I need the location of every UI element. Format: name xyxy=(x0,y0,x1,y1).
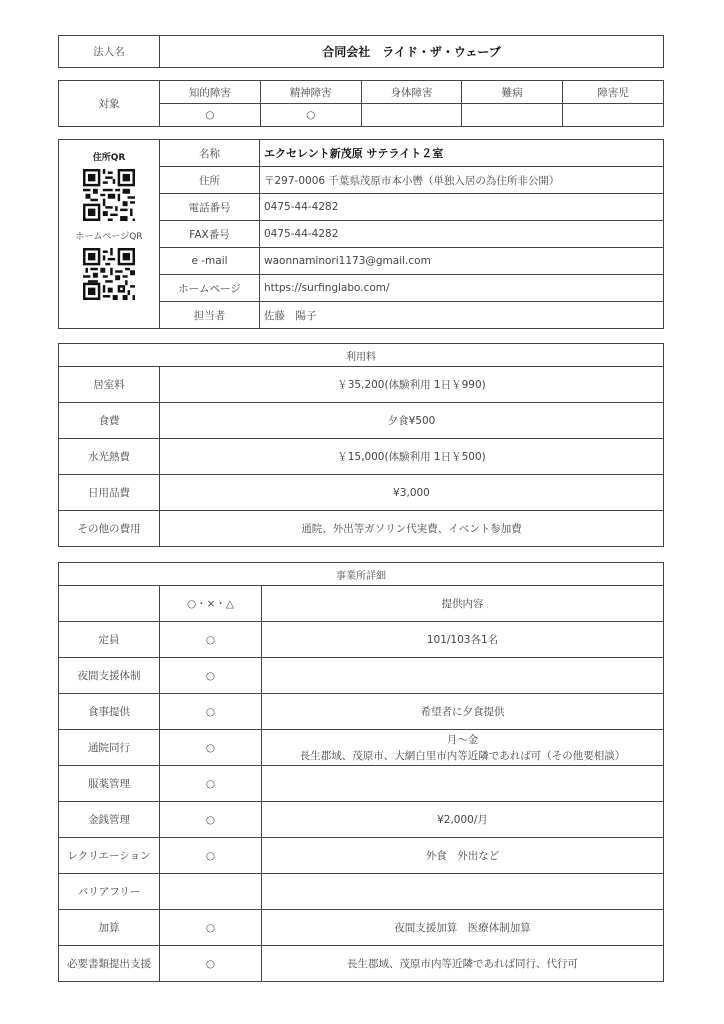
target-label: 対象 xyxy=(59,81,160,127)
detail-mark: ○ xyxy=(160,946,262,982)
fee-daily-goods-label: 日用品費 xyxy=(59,475,160,511)
facility-fax-label: FAX番号 xyxy=(160,221,260,248)
detail-content: 夜間支援加算 医療体制加算 xyxy=(262,910,664,946)
facility-contact-person-value: 佐藤 陽子 xyxy=(260,302,664,329)
fee-daily-goods-value: ¥3,000 xyxy=(160,475,664,511)
detail-mark xyxy=(160,874,262,910)
details-title: 事業所詳細 xyxy=(59,563,664,586)
facility-address-label: 住所 xyxy=(160,167,260,194)
detail-content xyxy=(262,658,664,694)
details-header-content: 提供内容 xyxy=(262,586,664,622)
detail-label: 通院同行 xyxy=(59,730,160,766)
detail-content xyxy=(262,874,664,910)
details-header-mark: ○・×・△ xyxy=(160,586,262,622)
detail-mark: ○ xyxy=(160,910,262,946)
detail-label: 服薬管理 xyxy=(59,766,160,802)
qr-homepage-label: ホームページQR xyxy=(59,229,159,242)
detail-content: ¥2,000/月 xyxy=(262,802,664,838)
detail-label: 定員 xyxy=(59,622,160,658)
fees-title: 利用料 xyxy=(59,344,664,367)
facility-name-label: 名称 xyxy=(160,140,260,167)
detail-mark: ○ xyxy=(160,730,262,766)
detail-content-line-1: 月～金 xyxy=(262,732,663,748)
detail-content: 外食 外出など xyxy=(262,838,664,874)
facility-homepage-value[interactable]: https://surfinglabo.com/ xyxy=(260,275,664,302)
target-mark-physical xyxy=(361,104,462,127)
detail-mark: ○ xyxy=(160,802,262,838)
corporation-name: 合同会社 ライド・ザ・ウェーブ xyxy=(160,36,664,68)
fee-room-value: ￥35,200(体験利用 1日￥990) xyxy=(160,367,664,403)
target-mark-mental: ○ xyxy=(260,104,361,127)
fee-other-label: その他の費用 xyxy=(59,511,160,547)
detail-content: 長生郡域、茂原市内等近隣であれば同行、代行可 xyxy=(262,946,664,982)
homepage-qr-icon xyxy=(83,248,135,300)
address-qr-icon xyxy=(83,169,135,221)
detail-label: 食事提供 xyxy=(59,694,160,730)
qr-codes-cell: 住所QR ホームページQR xyxy=(59,140,160,329)
table-row: 金銭管理 ○ ¥2,000/月 xyxy=(59,802,664,838)
detail-content: 希望者に夕食提供 xyxy=(262,694,664,730)
table-row: 食事提供 ○ 希望者に夕食提供 xyxy=(59,694,664,730)
target-table: 対象 知的障害 精神障害 身体障害 難病 障害児 ○ ○ xyxy=(58,80,664,127)
detail-label: 金銭管理 xyxy=(59,802,160,838)
facility-table: 住所QR ホームページQR xyxy=(58,139,664,329)
corporation-label: 法人名 xyxy=(59,36,160,68)
detail-content-line-2: 長生郡域、茂原市、大網白里市内等近隣であれば可（その他要相談） xyxy=(262,748,663,764)
facility-phone-value: 0475-44-4282 xyxy=(260,194,664,221)
detail-mark: ○ xyxy=(160,838,262,874)
target-category-intractable: 難病 xyxy=(462,81,563,104)
target-mark-child xyxy=(563,104,664,127)
details-table: 事業所詳細 ○・×・△ 提供内容 定員 ○ 101/103各1名 夜間支援体制 … xyxy=(58,562,664,982)
detail-label: 加算 xyxy=(59,910,160,946)
facility-address-value: 〒297-0006 千葉県茂原市本小轡（単独入居の為住所非公開） xyxy=(260,167,664,194)
fee-food-value: 夕食¥500 xyxy=(160,403,664,439)
detail-mark: ○ xyxy=(160,658,262,694)
detail-label: バリアフリー xyxy=(59,874,160,910)
detail-mark: ○ xyxy=(160,622,262,658)
detail-label: レクリエーション xyxy=(59,838,160,874)
corporation-table: 法人名 合同会社 ライド・ザ・ウェーブ xyxy=(58,35,664,68)
table-row: バリアフリー xyxy=(59,874,664,910)
detail-label: 夜間支援体制 xyxy=(59,658,160,694)
fee-food-label: 食費 xyxy=(59,403,160,439)
fee-other-value: 通院、外出等ガソリン代実費、イベント参加費 xyxy=(160,511,664,547)
target-category-physical: 身体障害 xyxy=(361,81,462,104)
table-row: 通院同行 ○ 月～金 長生郡域、茂原市、大網白里市内等近隣であれば可（その他要相… xyxy=(59,730,664,766)
fee-utilities-value: ￥15,000(体験利用 1日￥500) xyxy=(160,439,664,475)
detail-mark: ○ xyxy=(160,694,262,730)
facility-name-value: エクセレント新茂原 サテライト２室 xyxy=(260,140,664,167)
detail-mark: ○ xyxy=(160,766,262,802)
detail-content: 101/103各1名 xyxy=(262,622,664,658)
detail-label: 必要書類提出支援 xyxy=(59,946,160,982)
qr-address-label: 住所QR xyxy=(59,150,159,163)
table-row: 定員 ○ 101/103各1名 xyxy=(59,622,664,658)
fee-room-label: 居室料 xyxy=(59,367,160,403)
fees-table: 利用料 居室料 ￥35,200(体験利用 1日￥990) 食費 夕食¥500 水… xyxy=(58,343,664,547)
facility-email-label: e -mail xyxy=(160,248,260,275)
facility-fax-value: 0475-44-4282 xyxy=(260,221,664,248)
detail-content xyxy=(262,766,664,802)
detail-content: 月～金 長生郡域、茂原市、大網白里市内等近隣であれば可（その他要相談） xyxy=(262,730,664,766)
table-row: 服薬管理 ○ xyxy=(59,766,664,802)
target-category-mental: 精神障害 xyxy=(260,81,361,104)
table-row: 必要書類提出支援 ○ 長生郡域、茂原市内等近隣であれば同行、代行可 xyxy=(59,946,664,982)
table-row: レクリエーション ○ 外食 外出など xyxy=(59,838,664,874)
target-category-intellectual: 知的障害 xyxy=(160,81,261,104)
table-row: 夜間支援体制 ○ xyxy=(59,658,664,694)
table-row: 加算 ○ 夜間支援加算 医療体制加算 xyxy=(59,910,664,946)
target-mark-intellectual: ○ xyxy=(160,104,261,127)
target-category-child: 障害児 xyxy=(563,81,664,104)
facility-homepage-label: ホームページ xyxy=(160,275,260,302)
facility-phone-label: 電話番号 xyxy=(160,194,260,221)
details-header-empty xyxy=(59,586,160,622)
target-mark-intractable xyxy=(462,104,563,127)
facility-email-value[interactable]: waonnaminori1173@gmail.com xyxy=(260,248,664,275)
fee-utilities-label: 水光熱費 xyxy=(59,439,160,475)
facility-contact-person-label: 担当者 xyxy=(160,302,260,329)
